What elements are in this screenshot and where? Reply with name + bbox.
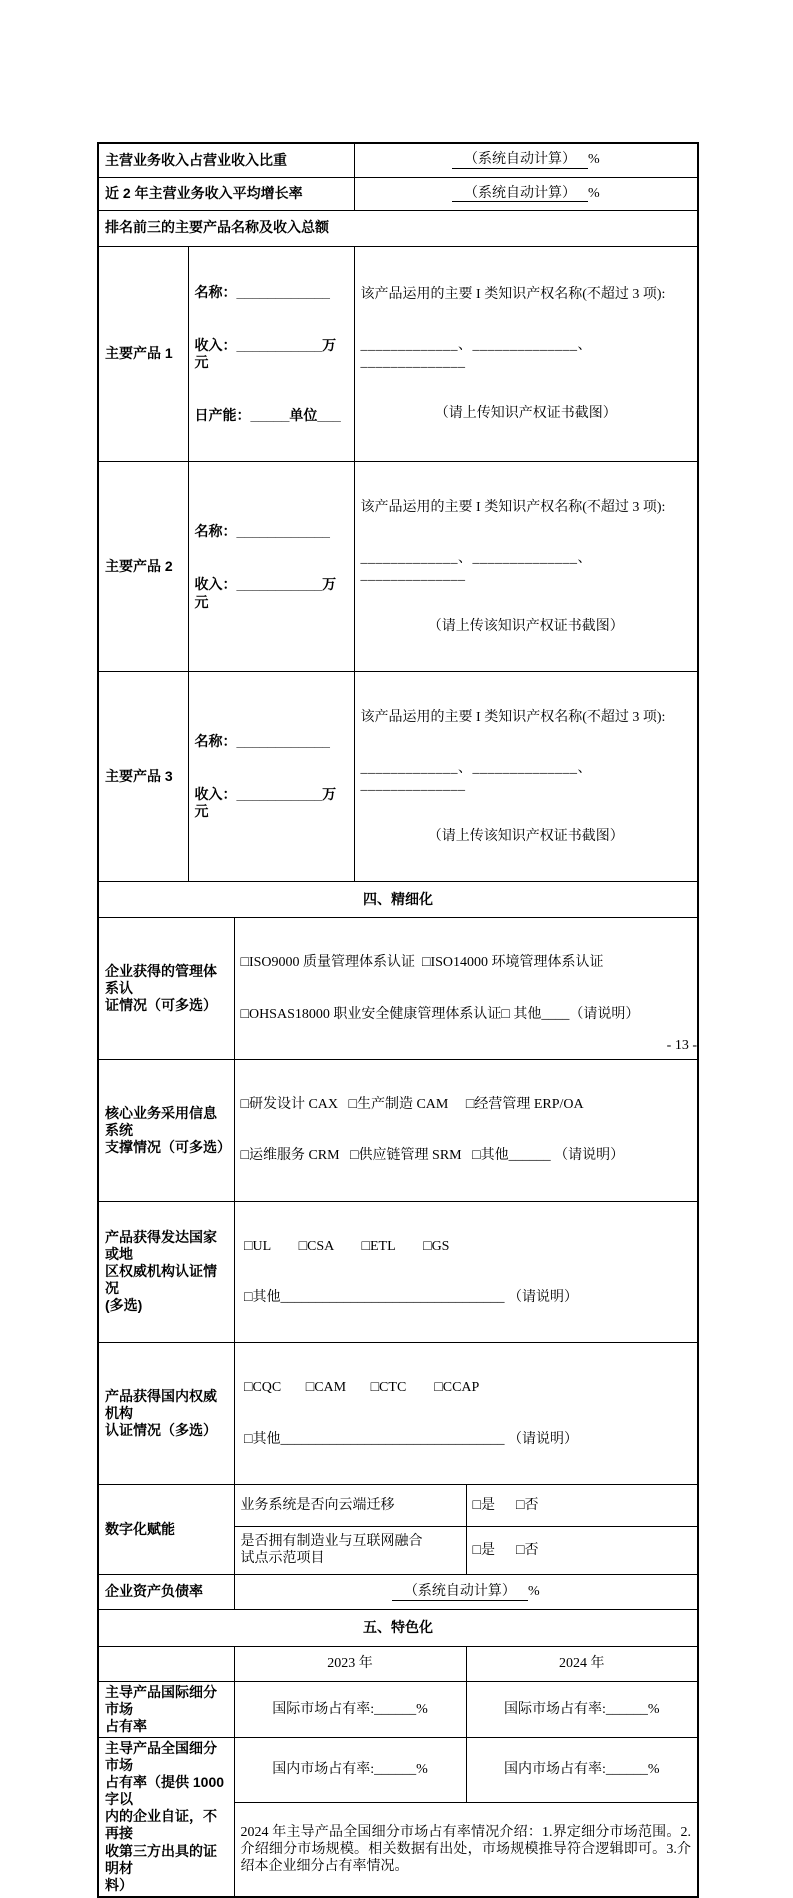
checkbox-option-line: □CQC □CAM □CTC □CCAP <box>241 1379 692 1396</box>
section5-title: 五、特色化 <box>98 1609 698 1646</box>
year-header-row: 2023 年 2024 年 <box>98 1646 698 1681</box>
product-name-field: 名称：____________ <box>195 733 348 750</box>
product-3-row: 主要产品 3 名称：____________ 收入：___________万元 … <box>98 672 698 882</box>
auto-calc-underline: （系统自动计算） <box>452 187 588 203</box>
intl-share-label: 主导产品国际细分市场 占有率 <box>98 1681 234 1737</box>
product-revenue-field: 收入：___________万元 <box>195 576 348 610</box>
intl-share-row: 主导产品国际细分市场 占有率 国际市场占有率:______% 国际市场占有率:_… <box>98 1681 698 1737</box>
checkbox-option-line: □其他________________________________ （请说明… <box>241 1289 692 1306</box>
ip-blanks: _____________、______________、___________… <box>361 550 692 584</box>
info-system-label: 核心业务采用信息系统 支撑情况（可多选） <box>98 1059 234 1201</box>
checkbox-option-line: □ISO9000 质量管理体系认证 □ISO14000 环境管理体系认证 <box>241 954 692 971</box>
revenue-ratio-row: 主营业务收入占营业收入比重 （系统自动计算）% <box>98 143 698 177</box>
product-2-ip-cell: 该产品运用的主要 I 类知识产权名称(不超过 3 项): ___________… <box>354 462 698 672</box>
products-header-row: 排名前三的主要产品名称及收入总额 <box>98 210 698 246</box>
product-3-name: 主要产品 3 <box>98 672 188 882</box>
auto-calc-underline: （系统自动计算） <box>392 1585 528 1601</box>
cloud-migration-question: 业务系统是否向云端迁移 <box>234 1484 466 1526</box>
intl-share-2023: 国际市场占有率:______% <box>234 1681 466 1737</box>
domestic-cert-options: □CQC □CAM □CTC □CCAP □其他________________… <box>234 1343 698 1485</box>
ip-title: 该产品运用的主要 I 类知识产权名称(不超过 3 项): <box>361 499 692 516</box>
ip-title: 该产品运用的主要 I 类知识产权名称(不超过 3 项): <box>361 709 692 726</box>
checkbox-option-line: □研发设计 CAX □生产制造 CAM □经营管理 ERP/OA <box>241 1096 692 1113</box>
debt-ratio-value: （系统自动计算）% <box>234 1574 698 1609</box>
growth-rate-value: （系统自动计算）% <box>354 177 698 210</box>
national-share-2024: 国内市场占有率:______% <box>466 1738 698 1803</box>
section5-header-row: 五、特色化 <box>98 1609 698 1646</box>
foreign-cert-row: 产品获得发达国家或地 区权威机构认证情况 (多选) □UL □CSA □ETL … <box>98 1201 698 1343</box>
integration-pilot-options: □是 □否 <box>466 1526 698 1574</box>
ip-upload-note: （请上传该知识产权证书截图） <box>361 618 692 635</box>
national-share-description: 2024 年主导产品全国细分市场占有率情况介绍：1.界定细分市场范围。2.介绍细… <box>234 1803 698 1897</box>
intl-share-2024: 国际市场占有率:______% <box>466 1681 698 1737</box>
product-1-ip-cell: 该产品运用的主要 I 类知识产权名称(不超过 3 项): ___________… <box>354 246 698 462</box>
product-capacity-field: 日产能：_____单位___ <box>195 407 348 424</box>
year-2024-header: 2024 年 <box>466 1646 698 1681</box>
domestic-cert-row: 产品获得国内权威机构 认证情况（多选） □CQC □CAM □CTC □CCAP… <box>98 1343 698 1485</box>
product-2-fields: 名称：____________ 收入：___________万元 <box>188 462 354 672</box>
revenue-ratio-label: 主营业务收入占营业收入比重 <box>98 143 354 177</box>
foreign-cert-options: □UL □CSA □ETL □GS □其他___________________… <box>234 1201 698 1343</box>
integration-pilot-question: 是否拥有制造业与互联网融合 试点示范项目 <box>234 1526 466 1574</box>
section4-title: 四、精细化 <box>98 882 698 918</box>
info-system-options: □研发设计 CAX □生产制造 CAM □经营管理 ERP/OA □运维服务 C… <box>234 1059 698 1201</box>
foreign-cert-label: 产品获得发达国家或地 区权威机构认证情况 (多选) <box>98 1201 234 1343</box>
ip-blanks: _____________、______________、___________… <box>361 337 692 371</box>
national-share-2023: 国内市场占有率:______% <box>234 1738 466 1803</box>
product-3-ip-cell: 该产品运用的主要 I 类知识产权名称(不超过 3 项): ___________… <box>354 672 698 882</box>
product-revenue-field: 收入：___________万元 <box>195 337 348 371</box>
national-share-label: 主导产品全国细分市场 占有率（提供 1000 字以 内的企业自证，不再接 收第三… <box>98 1738 234 1897</box>
debt-ratio-row: 企业资产负债率 （系统自动计算）% <box>98 1574 698 1609</box>
ip-upload-note: （请上传该知识产权证书截图） <box>361 828 692 845</box>
digital-label: 数字化赋能 <box>98 1484 234 1574</box>
growth-rate-label: 近 2 年主营业务收入平均增长率 <box>98 177 354 210</box>
product-3-fields: 名称：____________ 收入：___________万元 <box>188 672 354 882</box>
domestic-cert-label: 产品获得国内权威机构 认证情况（多选） <box>98 1343 234 1485</box>
section4-header-row: 四、精细化 <box>98 882 698 918</box>
product-name-field: 名称：____________ <box>195 284 348 301</box>
product-1-fields: 名称：____________ 收入：___________万元 日产能：___… <box>188 246 354 462</box>
ip-blanks: _____________、______________、___________… <box>361 760 692 794</box>
revenue-ratio-value: （系统自动计算）% <box>354 143 698 177</box>
ip-upload-note: （请上传知识产权证书截图） <box>361 405 692 422</box>
digital-row-1: 数字化赋能 业务系统是否向云端迁移 □是 □否 <box>98 1484 698 1526</box>
checkbox-option-line: □UL □CSA □ETL □GS <box>241 1238 692 1255</box>
growth-rate-row: 近 2 年主营业务收入平均增长率 （系统自动计算）% <box>98 177 698 210</box>
checkbox-option-line: □其他________________________________ （请说明… <box>241 1431 692 1448</box>
percent-suffix: % <box>528 1584 540 1599</box>
page-number: - 13 - <box>97 1038 703 1054</box>
document-page: { "footer": { "page_number": "- 13 -" },… <box>0 0 793 1122</box>
product-2-row: 主要产品 2 名称：____________ 收入：___________万元 … <box>98 462 698 672</box>
product-1-row: 主要产品 1 名称：____________ 收入：___________万元 … <box>98 246 698 462</box>
info-system-row: 核心业务采用信息系统 支撑情况（可多选） □研发设计 CAX □生产制造 CAM… <box>98 1059 698 1201</box>
checkbox-option-line: □OHSAS18000 职业安全健康管理体系认证□ 其他____（请说明） <box>241 1006 692 1023</box>
year-header-empty-cell <box>98 1646 234 1681</box>
cloud-migration-options: □是 □否 <box>466 1484 698 1526</box>
year-2023-header: 2023 年 <box>234 1646 466 1681</box>
product-1-name: 主要产品 1 <box>98 246 188 462</box>
ip-title: 该产品运用的主要 I 类知识产权名称(不超过 3 项): <box>361 286 692 303</box>
percent-suffix: % <box>588 152 600 167</box>
percent-suffix: % <box>588 186 600 201</box>
national-share-row: 主导产品全国细分市场 占有率（提供 1000 字以 内的企业自证，不再接 收第三… <box>98 1738 698 1803</box>
application-form-table: 主营业务收入占营业收入比重 （系统自动计算）% 近 2 年主营业务收入平均增长率… <box>97 142 699 1898</box>
products-header: 排名前三的主要产品名称及收入总额 <box>98 210 698 246</box>
debt-ratio-label: 企业资产负债率 <box>98 1574 234 1609</box>
auto-calc-underline: （系统自动计算） <box>452 153 588 169</box>
product-revenue-field: 收入：___________万元 <box>195 786 348 820</box>
product-name-field: 名称：____________ <box>195 523 348 540</box>
product-2-name: 主要产品 2 <box>98 462 188 672</box>
checkbox-option-line: □运维服务 CRM □供应链管理 SRM □其他______ （请说明） <box>241 1147 692 1164</box>
